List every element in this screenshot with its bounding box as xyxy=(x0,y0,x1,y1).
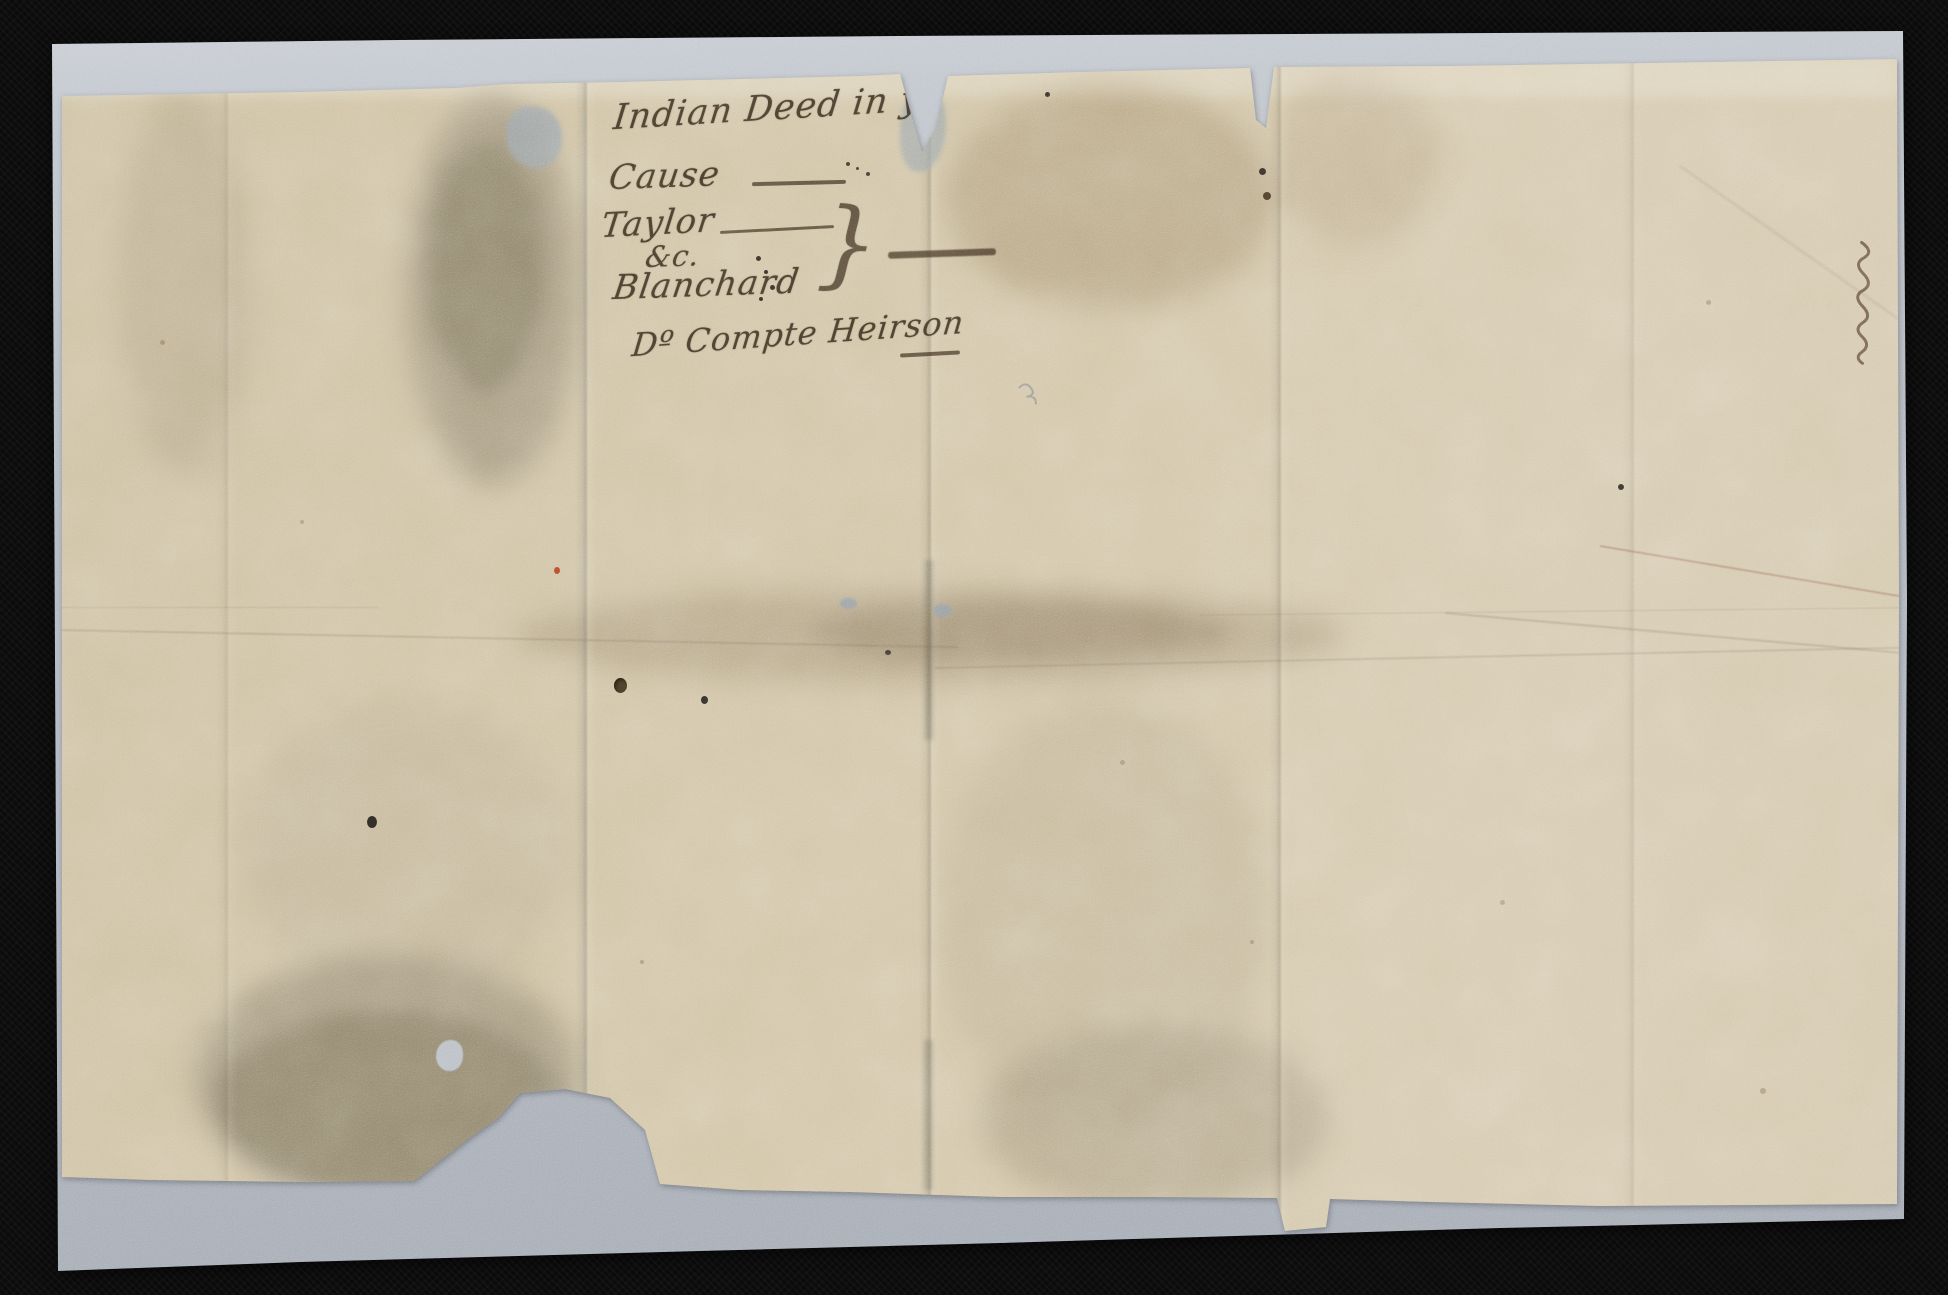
paper-hole xyxy=(436,1040,463,1071)
fold-crease-3-dark-segment xyxy=(925,560,933,740)
docket-line-2: Cause xyxy=(606,154,722,198)
docket-brace: } xyxy=(815,194,882,293)
foxing-dot xyxy=(640,960,644,964)
ink-speck xyxy=(367,816,377,828)
stain-mid-left xyxy=(240,700,570,1000)
stain-dark-patch-core xyxy=(428,140,543,390)
foxing-dot xyxy=(1500,900,1505,905)
wrinkle-diagonal-2 xyxy=(1445,612,1903,654)
foxing-dot xyxy=(1760,1088,1766,1094)
fold-crease-horizontal-faint-right xyxy=(1200,606,1900,616)
stain-center-column-streaks xyxy=(940,700,1270,1130)
stain-bottom-left-core xyxy=(215,1010,560,1195)
ink-speck xyxy=(1259,168,1266,175)
photographed-manuscript-scene: Indian Deed in ye Cause Taylor &c. } Bla… xyxy=(0,0,1948,1295)
ink-spatter-dot xyxy=(756,256,761,261)
stain-top-center xyxy=(945,85,1275,310)
vertical-inscription xyxy=(1824,235,1900,382)
blue-gray-dot-2 xyxy=(933,604,952,617)
stain-horizontal-fold-core xyxy=(810,600,1230,662)
ink-dash-through-taylor xyxy=(720,225,834,234)
ink-speck xyxy=(1618,484,1624,490)
ink-spatter-dot xyxy=(846,162,850,166)
ink-speck xyxy=(614,678,627,693)
foxing-dot xyxy=(160,340,165,345)
ink-spatter-dot xyxy=(856,167,859,170)
foxing-dot xyxy=(1120,760,1125,765)
wrinkle-diagonal-1 xyxy=(1600,545,1901,597)
ink-spatter-dot xyxy=(866,172,870,176)
foxing-dot xyxy=(1250,940,1254,944)
fold-crease-vertical-5 xyxy=(1622,58,1644,1238)
ink-speck xyxy=(1263,192,1271,200)
fold-crease-horizontal-faint-left xyxy=(58,606,378,609)
ink-speck xyxy=(701,696,708,704)
blue-gray-dot-1 xyxy=(840,598,857,609)
fold-crease-vertical-2 xyxy=(575,58,597,1238)
docket-line-5: Blanchard xyxy=(610,261,802,308)
ink-speck xyxy=(1045,92,1050,97)
ink-dash-after-cause xyxy=(752,180,846,186)
foxing-dot xyxy=(300,520,304,524)
ink-speck xyxy=(885,650,891,655)
small-gray-mark xyxy=(1014,378,1048,411)
document-paper-wrap: Indian Deed in ye Cause Taylor &c. } Bla… xyxy=(0,0,1948,1295)
fold-crease-vertical-1 xyxy=(216,58,238,1238)
fold-crease-vertical-4 xyxy=(1269,58,1291,1238)
document-paper: Indian Deed in ye Cause Taylor &c. } Bla… xyxy=(0,0,1948,1295)
foxing-dot xyxy=(1706,300,1711,305)
red-fiber xyxy=(554,567,560,574)
stain-top-center-right xyxy=(1275,75,1435,245)
fold-crease-3-dark-segment-low xyxy=(924,1040,933,1190)
